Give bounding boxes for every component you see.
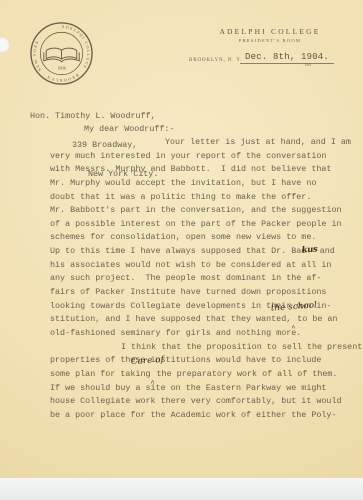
typed-text: the preparatory work of all of them. <box>157 369 338 379</box>
typed-line: with Messrs. Murphy and Babbott. I did n… <box>50 163 352 177</box>
typed-text: schemes for consolidation, open some new… <box>50 232 316 242</box>
typed-text: with Messrs. Murphy and Babbott. I did n… <box>50 164 331 174</box>
typed-date: Dec. 8th, 1904. <box>245 52 329 62</box>
typed-text: Your letter is just at hand, and I am <box>165 137 351 147</box>
typed-line: some plan for takingCare of^the preparat… <box>50 368 352 382</box>
typed-text: properties of these institutions would h… <box>50 355 321 365</box>
typed-text: house Collegiate work there very comfort… <box>50 396 342 406</box>
date-rule: Dec. 8th, 1904. 190 <box>240 47 334 64</box>
typed-text: doubt that it was a politic thing to mak… <box>50 192 311 202</box>
letter-paper: ADELPHI COLLEGE · BROOKLYN · NEW YORK · … <box>0 0 363 478</box>
typed-text: some plan for taking <box>50 369 151 379</box>
open-book-icon <box>44 48 79 62</box>
typed-line: Up to this time I have always supposed t… <box>50 245 352 259</box>
punch-hole <box>0 37 10 53</box>
typed-line: his associates would not wish to be cons… <box>50 259 352 273</box>
typed-line: properties of these institutions would h… <box>50 354 352 368</box>
printed-year-blank: 190 <box>304 62 311 67</box>
typed-line: schemes for consolidation, open some new… <box>50 231 352 245</box>
typed-line: If we should buy a site on the Eastern P… <box>50 382 352 396</box>
typed-line: Mr. Babbott's part in the conversation, … <box>50 204 352 218</box>
letter-body: Your letter is just at hand, and I amver… <box>50 136 352 422</box>
typed-text: I think that the proposition to sell the… <box>121 342 362 352</box>
scanned-letter-page: ADELPHI COLLEGE · BROOKLYN · NEW YORK · … <box>0 0 363 500</box>
college-seal-icon: ADELPHI COLLEGE · BROOKLYN · NEW YORK · … <box>29 21 94 86</box>
typed-text: very much interested in your report of t… <box>50 151 326 161</box>
letterhead-city-line: Brooklyn, N. Y. <box>189 58 242 63</box>
scanner-background <box>0 478 363 500</box>
typed-text: to be an <box>297 314 337 324</box>
handwritten-insertion: the school^ <box>291 320 297 321</box>
typed-text: his associates would not wish to be cons… <box>50 260 331 270</box>
typed-text: fairs of Packer Institute have turned do… <box>50 287 326 297</box>
caret-mark: ^ <box>151 381 155 388</box>
handwritten-text: Care of <box>130 354 164 370</box>
typed-line: doubt that it was a politic thing to mak… <box>50 191 352 205</box>
letterhead-office-line: President's Room <box>205 38 335 43</box>
typed-line: I think that the proposition to sell the… <box>50 341 352 355</box>
salutation: My dear Woodruff:- <box>84 124 174 134</box>
typed-line: very much interested in your report of t… <box>50 150 352 164</box>
typed-line: Mr. Murphy would accept the invitation, … <box>50 177 352 191</box>
typed-text: any such project. The people most domina… <box>50 273 321 283</box>
typed-line: of a possible interest on the part of th… <box>50 218 352 232</box>
typed-text: stitution, and I have supposed that they… <box>50 314 291 324</box>
caret-mark: ^ <box>291 326 295 333</box>
letterhead-college-name: Adelphi College <box>205 27 335 36</box>
typed-line: Your letter is just at hand, and I am <box>50 136 352 150</box>
typed-line: fairs of Packer Institute have turned do… <box>50 286 352 300</box>
typed-line: be a poor place for the Academic work of… <box>50 409 352 423</box>
typed-line: any such project. The people most domina… <box>50 272 352 286</box>
handwritten-correction: kus <box>302 243 318 258</box>
typed-text: old-fashioned seminary for girls and not… <box>50 328 301 338</box>
typed-text: of a possible interest on the part of th… <box>50 219 342 229</box>
typed-line: house Collegiate work there very comfort… <box>50 395 352 409</box>
seal-year: 1896 <box>57 66 67 71</box>
handwritten-text: the school <box>271 299 318 316</box>
typed-text: Mr. Murphy would accept the invitation, … <box>50 178 316 188</box>
typed-text: Mr. Babbott's part in the conversation, … <box>50 205 342 215</box>
recipient-name: Hon. Timothy L. Woodruff, <box>30 112 158 122</box>
typed-text: If we should buy a site on the Eastern P… <box>50 383 326 393</box>
typed-line: stitution, and I have supposed that they… <box>50 313 352 327</box>
handwritten-insertion: Care of^ <box>151 375 157 376</box>
typed-text: Up to this time I have always supposed t… <box>50 246 306 256</box>
typed-text: be a poor place for the Academic work of… <box>50 410 336 420</box>
typed-line: old-fashioned seminary for girls and not… <box>50 327 352 341</box>
